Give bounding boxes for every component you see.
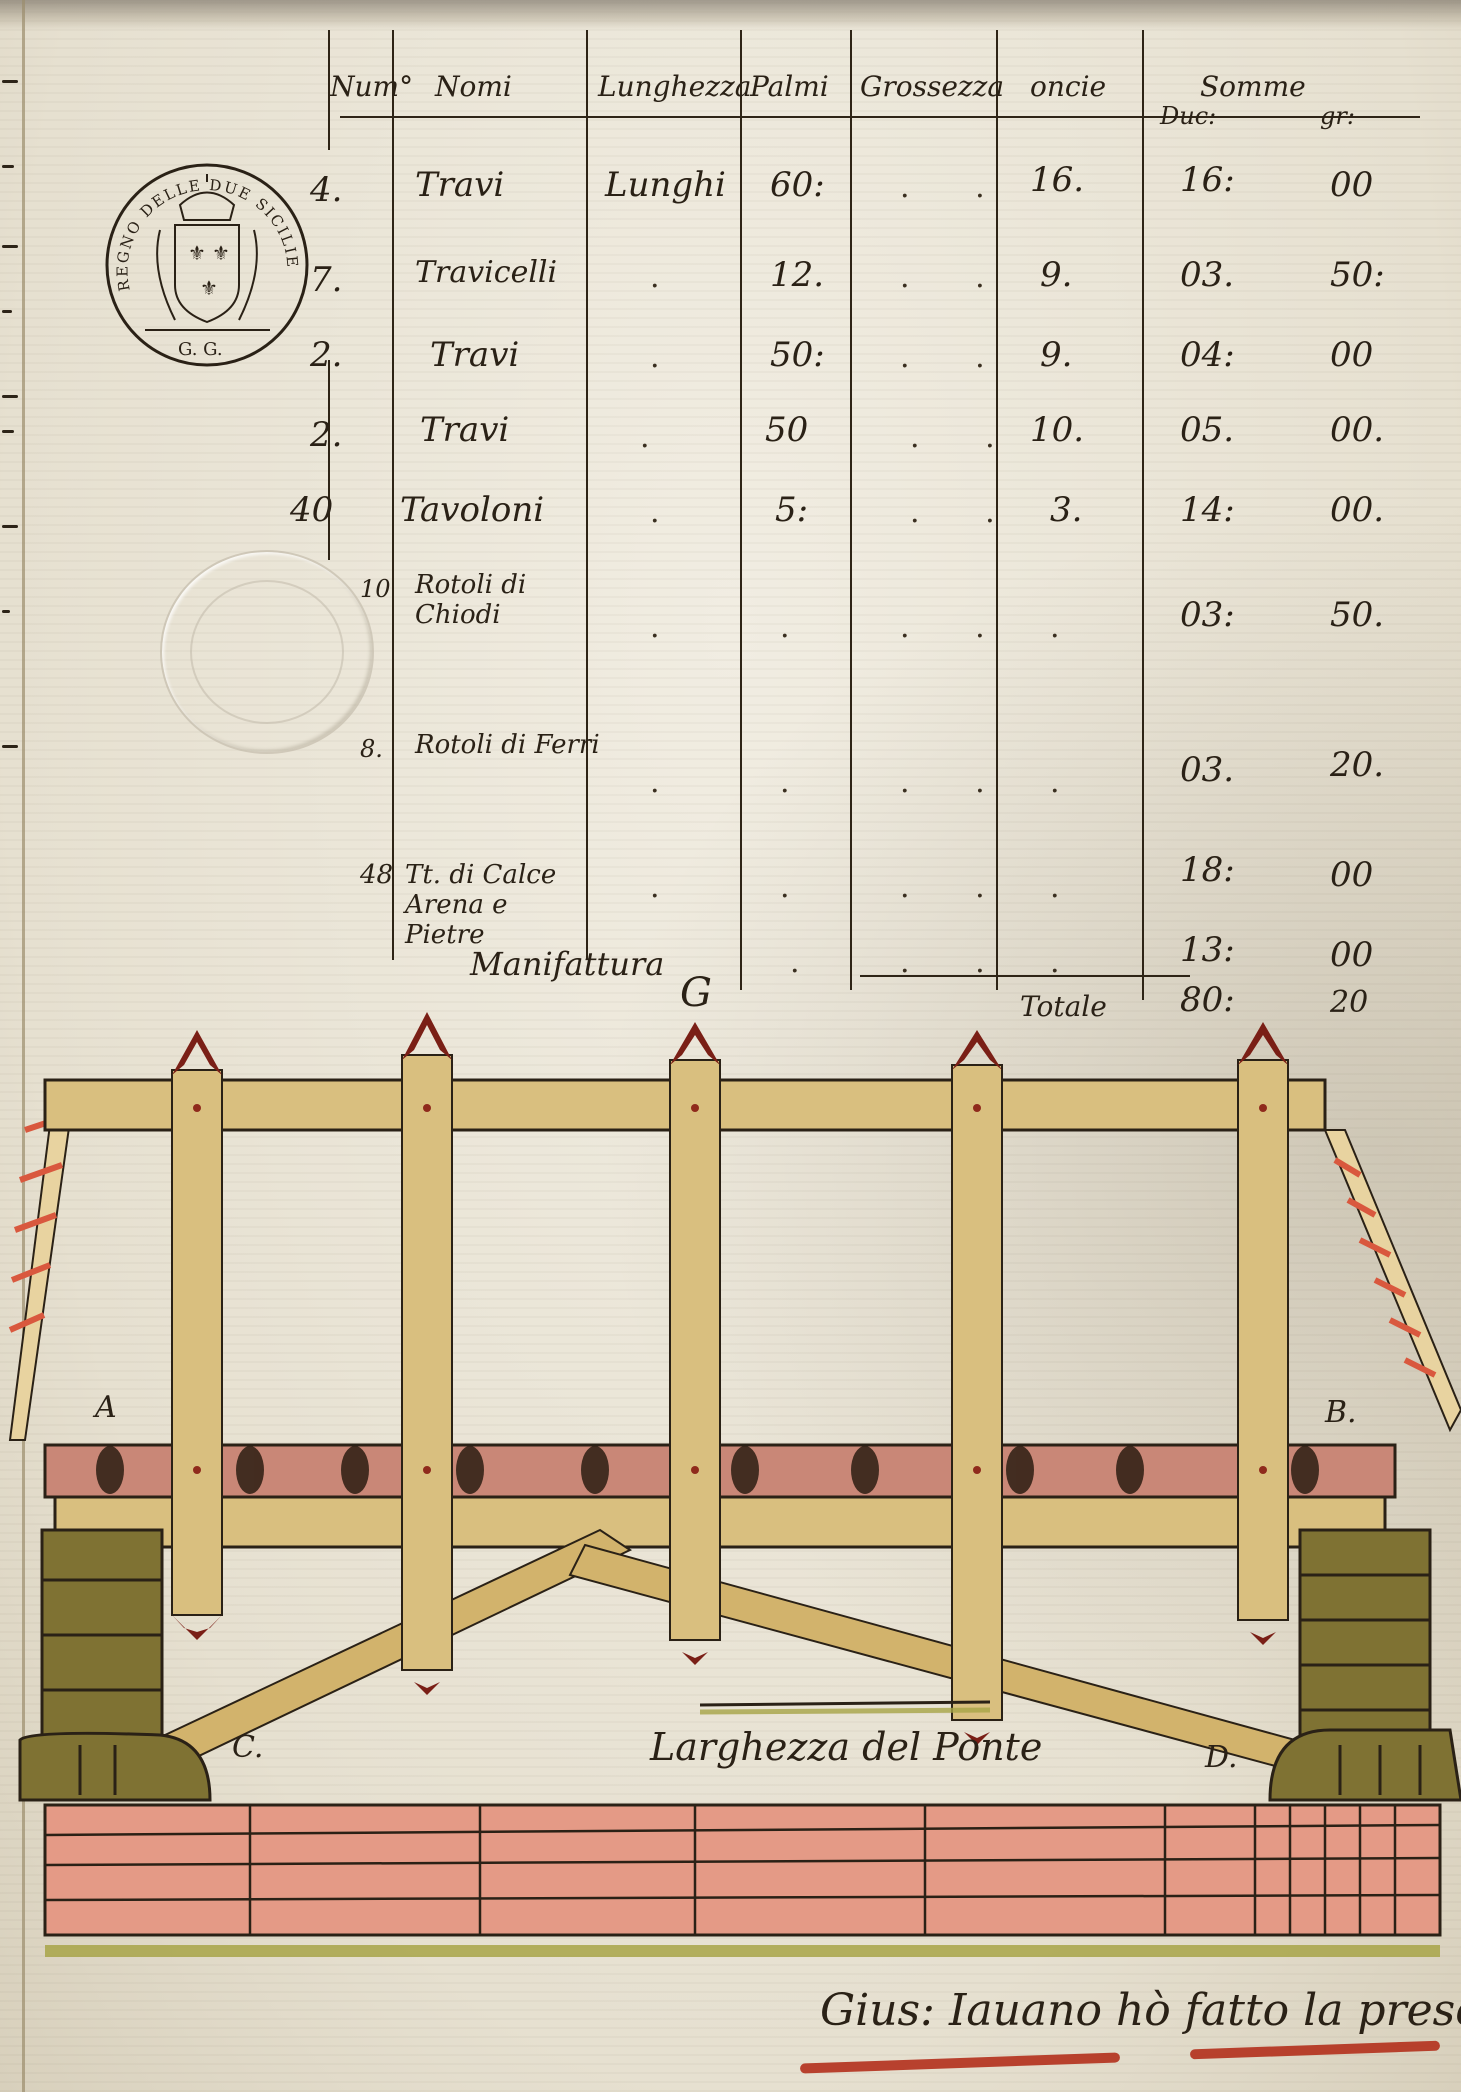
point-label-a: A xyxy=(95,1390,117,1425)
vertical-posts xyxy=(172,1055,1288,1720)
row-grana: 00 xyxy=(1330,855,1373,895)
row-grana: 00 xyxy=(1330,935,1373,975)
row-nome: Rotoli di Chiodi xyxy=(415,570,605,630)
row-ducati: 16: xyxy=(1180,160,1235,200)
row-num: 40 xyxy=(290,490,333,530)
row-palmi: 5: xyxy=(775,490,808,530)
column-rule xyxy=(586,30,588,960)
row-oncie: 9. xyxy=(1040,335,1072,375)
row-lunghezza: . xyxy=(640,420,678,455)
row-grossezza: . . xyxy=(910,495,1023,530)
row-grana: 00. xyxy=(1330,490,1384,530)
row-grossezza: . . xyxy=(900,260,1013,295)
row-grana: 50: xyxy=(1330,255,1385,295)
signature-underline xyxy=(800,2052,1120,2073)
row-grossezza: . . xyxy=(900,170,1013,205)
ledger-table: Num° Nomi Lunghezza Palmi Grossezza onci… xyxy=(320,30,1440,1010)
row-num: 48 xyxy=(360,860,393,890)
row-grossezza: . . xyxy=(900,610,1013,645)
signature: Gius: Iauano hò fatto la presente xyxy=(820,1985,1461,2036)
crowned-shield-icon: REGNO DELLE DUE SICILIE ⚜ ⚜ ⚜ G. G. xyxy=(100,160,315,370)
bridge-elevation-drawing: A B. C. D. G Larghezza del Ponte xyxy=(0,1000,1461,1960)
column-rule xyxy=(850,30,852,990)
row-grana: 50. xyxy=(1330,595,1384,635)
row-grossezza: . . xyxy=(900,945,1013,980)
row-lunghezza: Lunghi xyxy=(605,165,726,205)
torn-top-edge xyxy=(0,0,1461,30)
row-grossezza: . . xyxy=(910,420,1023,455)
row-oncie: 9. xyxy=(1040,255,1072,295)
row-oncie: 16. xyxy=(1030,160,1084,200)
river-bed xyxy=(45,1805,1440,1935)
row-lunghezza: . xyxy=(650,765,688,800)
row-ducati: 05. xyxy=(1180,410,1234,450)
row-nome: Tavoloni xyxy=(400,490,544,530)
row-grossezza: . . xyxy=(900,870,1013,905)
row-grana: 00. xyxy=(1330,410,1384,450)
row-palmi: . xyxy=(780,870,818,905)
ground-line xyxy=(45,1945,1440,1957)
drawing-title: Larghezza del Ponte xyxy=(650,1725,1042,1769)
point-label-g: G xyxy=(680,970,712,1016)
header-rule xyxy=(340,116,1420,118)
right-abutment xyxy=(1270,1530,1461,1800)
column-rule xyxy=(740,30,742,990)
bridge-illustration xyxy=(0,1000,1461,1960)
svg-text:⚜: ⚜ xyxy=(212,241,230,265)
row-grossezza: . . xyxy=(900,765,1013,800)
previous-page-margin-marks xyxy=(0,0,22,800)
row-palmi: 60: xyxy=(770,165,825,205)
row-nome: Travi xyxy=(420,410,509,450)
bracket-mark xyxy=(328,360,330,560)
width-measure-line xyxy=(700,1702,990,1705)
signature-underline xyxy=(1190,2041,1440,2060)
row-lunghezza: . xyxy=(650,495,688,530)
row-ducati: 18: xyxy=(1180,850,1235,890)
right-stay-rope xyxy=(1325,1130,1461,1430)
row-ducati: 04: xyxy=(1180,335,1235,375)
svg-text:G. G.: G. G. xyxy=(178,339,223,360)
row-oncie: . xyxy=(1050,870,1088,905)
row-grana: 00 xyxy=(1330,335,1373,375)
header-somme: Somme xyxy=(1200,70,1306,103)
row-oncie: . xyxy=(1050,610,1088,645)
point-label-b: B. xyxy=(1325,1395,1357,1430)
header-num: Num° xyxy=(330,70,413,103)
row-lunghezza: . xyxy=(650,340,688,375)
header-grana: gr: xyxy=(1320,102,1355,130)
point-label-d: D. xyxy=(1205,1740,1238,1775)
left-stay-rope xyxy=(10,1085,75,1440)
row-ducati: 03. xyxy=(1180,750,1234,790)
header-lunghezza: Lunghezza xyxy=(598,70,751,103)
row-nome: Rotoli di Ferri xyxy=(415,730,605,760)
row-num: 8. xyxy=(360,735,383,763)
peg-holes xyxy=(193,1104,1267,1474)
header-ducati: Duc: xyxy=(1160,102,1216,130)
row-grana: 00 xyxy=(1330,165,1373,205)
row-nome: Travi xyxy=(415,165,504,205)
row-nome: Travicelli xyxy=(415,255,557,290)
row-lunghezza: . xyxy=(650,260,688,295)
row-nome: Travi xyxy=(430,335,519,375)
row-num: 10 xyxy=(360,575,391,603)
row-lunghezza: . xyxy=(650,610,688,645)
row-palmi: 50: xyxy=(770,335,825,375)
svg-text:⚜: ⚜ xyxy=(188,241,206,265)
row-ducati: 13: xyxy=(1180,930,1235,970)
row-ducati: 03. xyxy=(1180,255,1234,295)
point-label-c: C. xyxy=(232,1730,263,1765)
header-oncie: oncie xyxy=(1030,70,1106,103)
row-grossezza: . . xyxy=(900,340,1013,375)
row-oncie: . xyxy=(1050,945,1088,980)
header-palmi: Palmi xyxy=(750,70,829,103)
column-rule xyxy=(1142,30,1144,1000)
row-oncie: . xyxy=(1050,765,1088,800)
header-grossezza: Grossezza xyxy=(860,70,1004,103)
row-oncie: 3. xyxy=(1050,490,1082,530)
manuscript-page: REGNO DELLE DUE SICILIE ⚜ ⚜ ⚜ G. G. Nu xyxy=(0,0,1461,2092)
row-palmi: 50 xyxy=(765,410,808,450)
row-nome: Tt. di Calce Arena e Pietre xyxy=(405,860,585,950)
row-num: 2. xyxy=(310,335,342,375)
row-palmi: 12. xyxy=(770,255,824,295)
row-num: 2. xyxy=(310,415,342,455)
row-palmi: . xyxy=(780,610,818,645)
row-num: 7. xyxy=(310,260,342,300)
row-ducati: 14: xyxy=(1180,490,1235,530)
row-grana: 20. xyxy=(1330,745,1384,785)
row-nome: Manifattura xyxy=(470,945,664,983)
column-rule xyxy=(392,30,394,960)
kingdom-two-sicilies-stamp: REGNO DELLE DUE SICILIE ⚜ ⚜ ⚜ G. G. xyxy=(100,160,315,370)
svg-text:⚜: ⚜ xyxy=(200,276,218,300)
row-ducati: 03: xyxy=(1180,595,1235,635)
header-nomi: Nomi xyxy=(435,70,512,103)
row-num: 4. xyxy=(310,170,342,210)
row-oncie: 10. xyxy=(1030,410,1084,450)
row-palmi: . xyxy=(780,765,818,800)
row-palmi: . xyxy=(790,945,828,980)
row-lunghezza: . xyxy=(650,870,688,905)
